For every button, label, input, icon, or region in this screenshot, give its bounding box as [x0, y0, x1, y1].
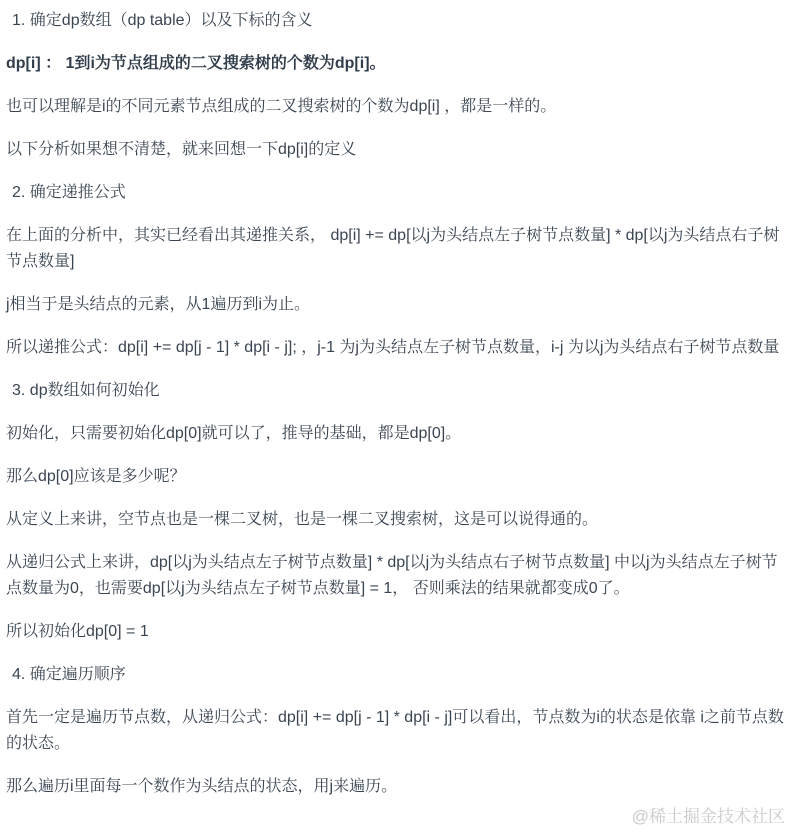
paragraph: 以下分析如果想不清楚，就来回想一下dp[i]的定义 [6, 137, 784, 163]
paragraph: 初始化，只需要初始化dp[0]就可以了，推导的基础，都是dp[0]。 [6, 421, 784, 447]
paragraph: j相当于是头结点的元素，从1遍历到i为止。 [6, 292, 784, 318]
paragraph: 从定义上来讲，空节点也是一棵二叉树，也是一棵二叉搜索树，这是可以说得通的。 [6, 507, 784, 533]
paragraph: 所以初始化dp[0] = 1 [6, 619, 784, 645]
community-watermark: @稀土掘金技术社区 [632, 806, 785, 828]
paragraph: 那么遍历i里面每一个数作为头结点的状态，用j来遍历。 [6, 774, 784, 800]
article-body: 1. 确定dp数组（dp table）以及下标的含义 dp[i] ： 1到i为节… [6, 8, 784, 800]
paragraph: 首先一定是遍历节点数，从递归公式：dp[i] += dp[j - 1] * dp… [6, 705, 784, 757]
paragraph: 所以递推公式：dp[i] += dp[j - 1] * dp[i - j]; ，… [6, 335, 784, 361]
section-heading-dp-definition: 1. 确定dp数组（dp table）以及下标的含义 [6, 8, 784, 34]
section-heading-initialization: 3. dp数组如何初始化 [6, 378, 784, 404]
section-heading-traversal-order: 4. 确定遍历顺序 [6, 662, 784, 688]
paragraph-dp-meaning-bold: dp[i] ： 1到i为节点组成的二叉搜索树的个数为dp[i]。 [6, 51, 784, 77]
paragraph: 在上面的分析中，其实已经看出其递推关系， dp[i] += dp[以j为头结点左… [6, 223, 784, 275]
paragraph: 也可以理解是i的不同元素节点组成的二叉搜索树的个数为dp[i] ，都是一样的。 [6, 94, 784, 120]
paragraph: 从递归公式上来讲，dp[以j为头结点左子树节点数量] * dp[以j为头结点右子… [6, 550, 784, 602]
section-heading-recurrence: 2. 确定递推公式 [6, 180, 784, 206]
paragraph: 那么dp[0]应该是多少呢？ [6, 464, 784, 490]
